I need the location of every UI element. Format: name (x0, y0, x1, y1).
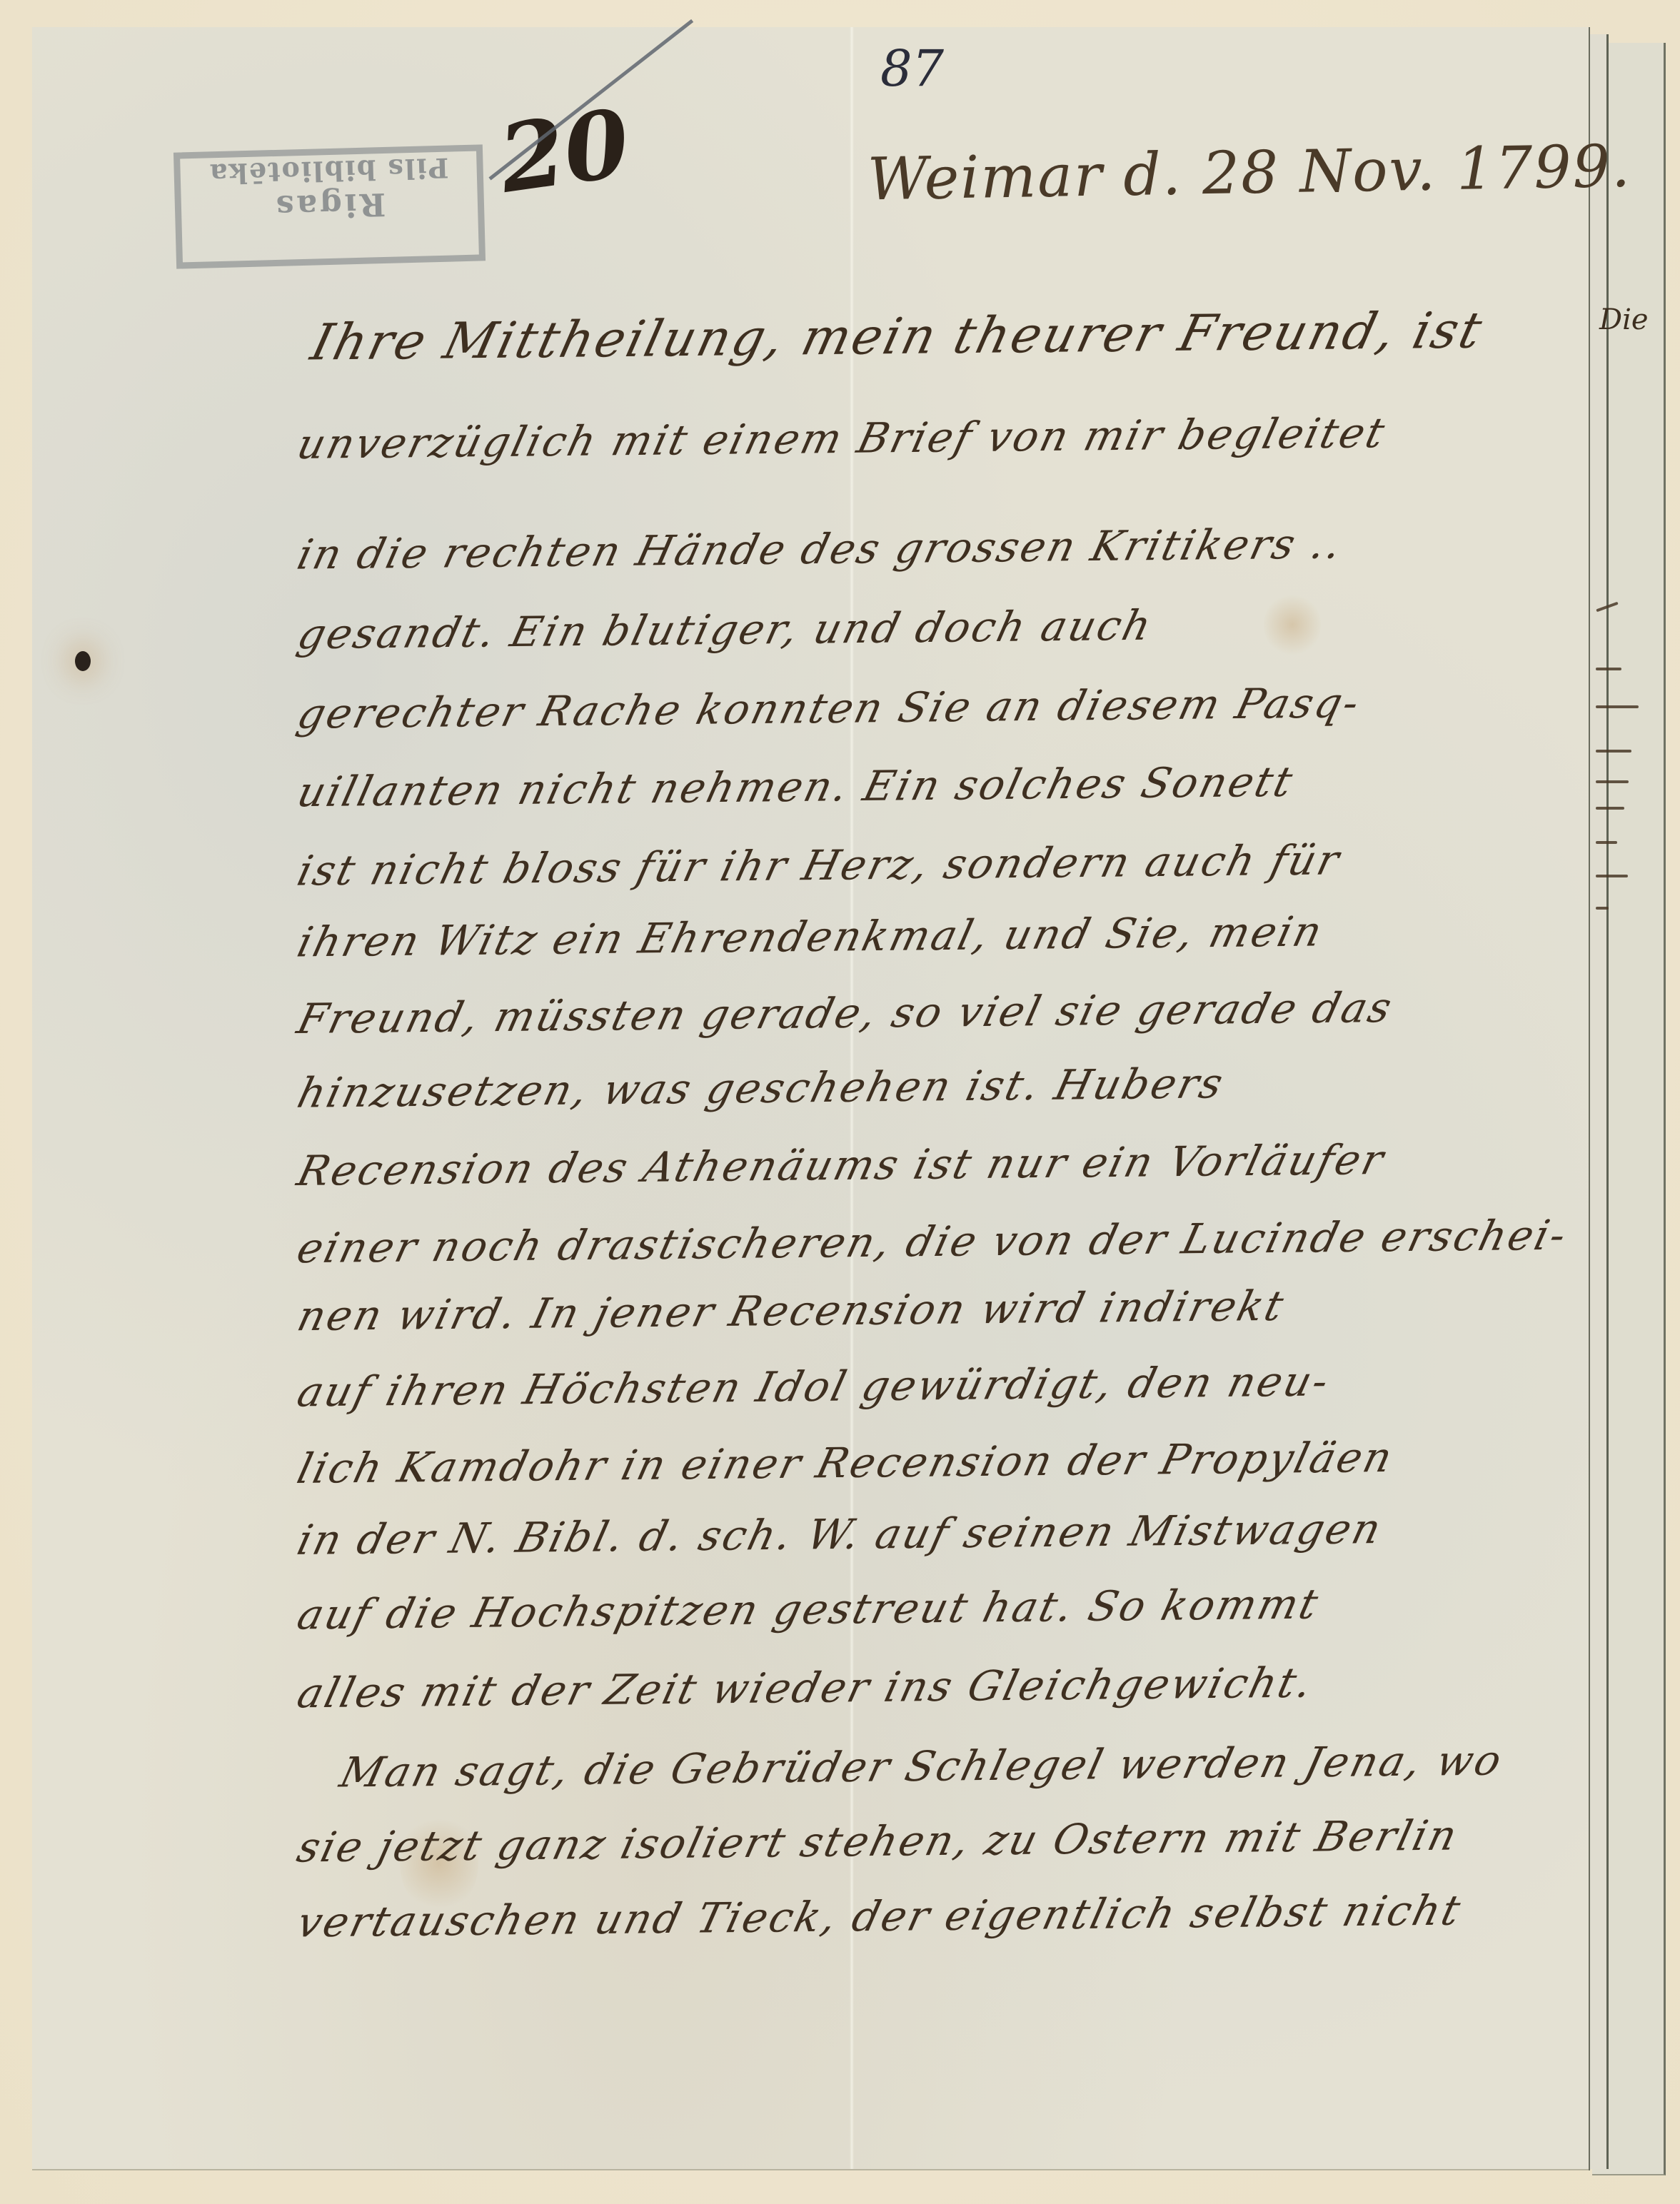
paper-stain (1264, 593, 1321, 657)
text-line: Ihre Mittheilung, mein theurer Freund, i… (306, 301, 1489, 371)
margin-catchword: Die (1599, 303, 1649, 336)
margin-ink-mark (1596, 750, 1631, 753)
margin-ink-mark (1596, 705, 1639, 708)
page-number: 87 (880, 39, 944, 98)
margin-ink-mark (1596, 807, 1624, 810)
dateline: Weimar d. 28 Nov. 1799. (867, 133, 1631, 214)
folio-number: 20 (493, 88, 635, 214)
text-line: gesandt. Ein blutiger, und doch auch (293, 601, 1157, 658)
margin-ink-mark (1596, 875, 1628, 877)
stamp-text-line1: Rigas (181, 183, 478, 228)
margin-ink-mark (1596, 841, 1617, 844)
margin-ink-mark (1596, 780, 1629, 783)
margin-ink-mark (1596, 907, 1609, 910)
ink-blot (75, 651, 91, 671)
text-line: hinzusetzen, was geschehen ist. Hubers (293, 1059, 1229, 1117)
margin-ink-mark (1596, 668, 1621, 670)
library-stamp: Rigas Pils bibliotēka (173, 144, 486, 268)
